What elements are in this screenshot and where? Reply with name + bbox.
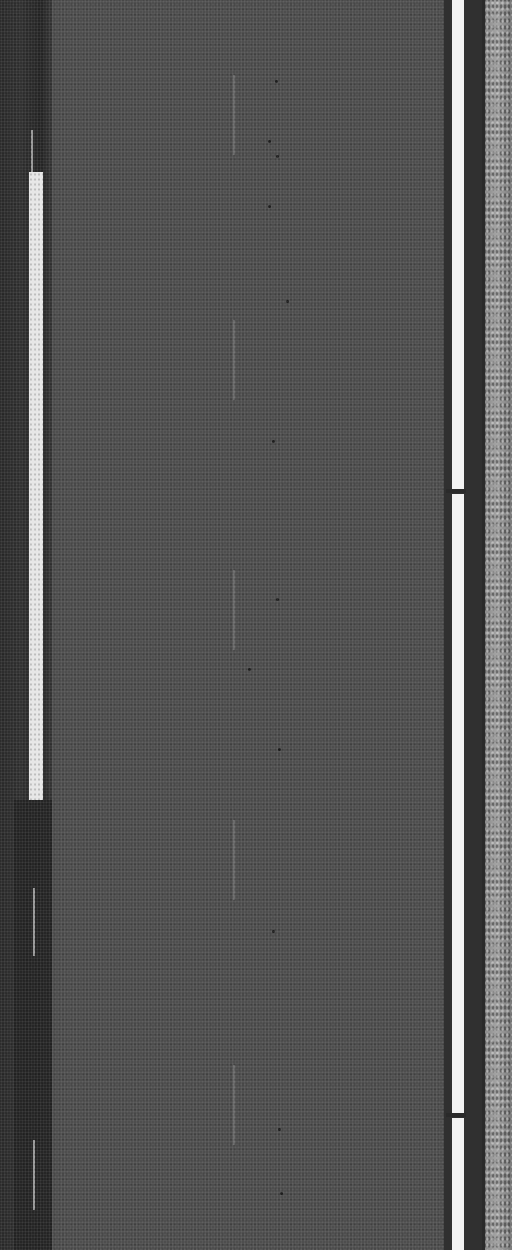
texture-overlay bbox=[0, 0, 512, 1250]
aerial-road-image bbox=[0, 0, 512, 1250]
right-solid-edge-line bbox=[452, 1118, 464, 1250]
line-joint bbox=[446, 1113, 466, 1117]
right-gutter bbox=[444, 0, 484, 1250]
right-solid-edge-line bbox=[452, 494, 464, 1114]
right-solid-edge-line bbox=[452, 0, 464, 490]
line-joint bbox=[446, 489, 466, 493]
curb-texture bbox=[485, 0, 512, 1250]
